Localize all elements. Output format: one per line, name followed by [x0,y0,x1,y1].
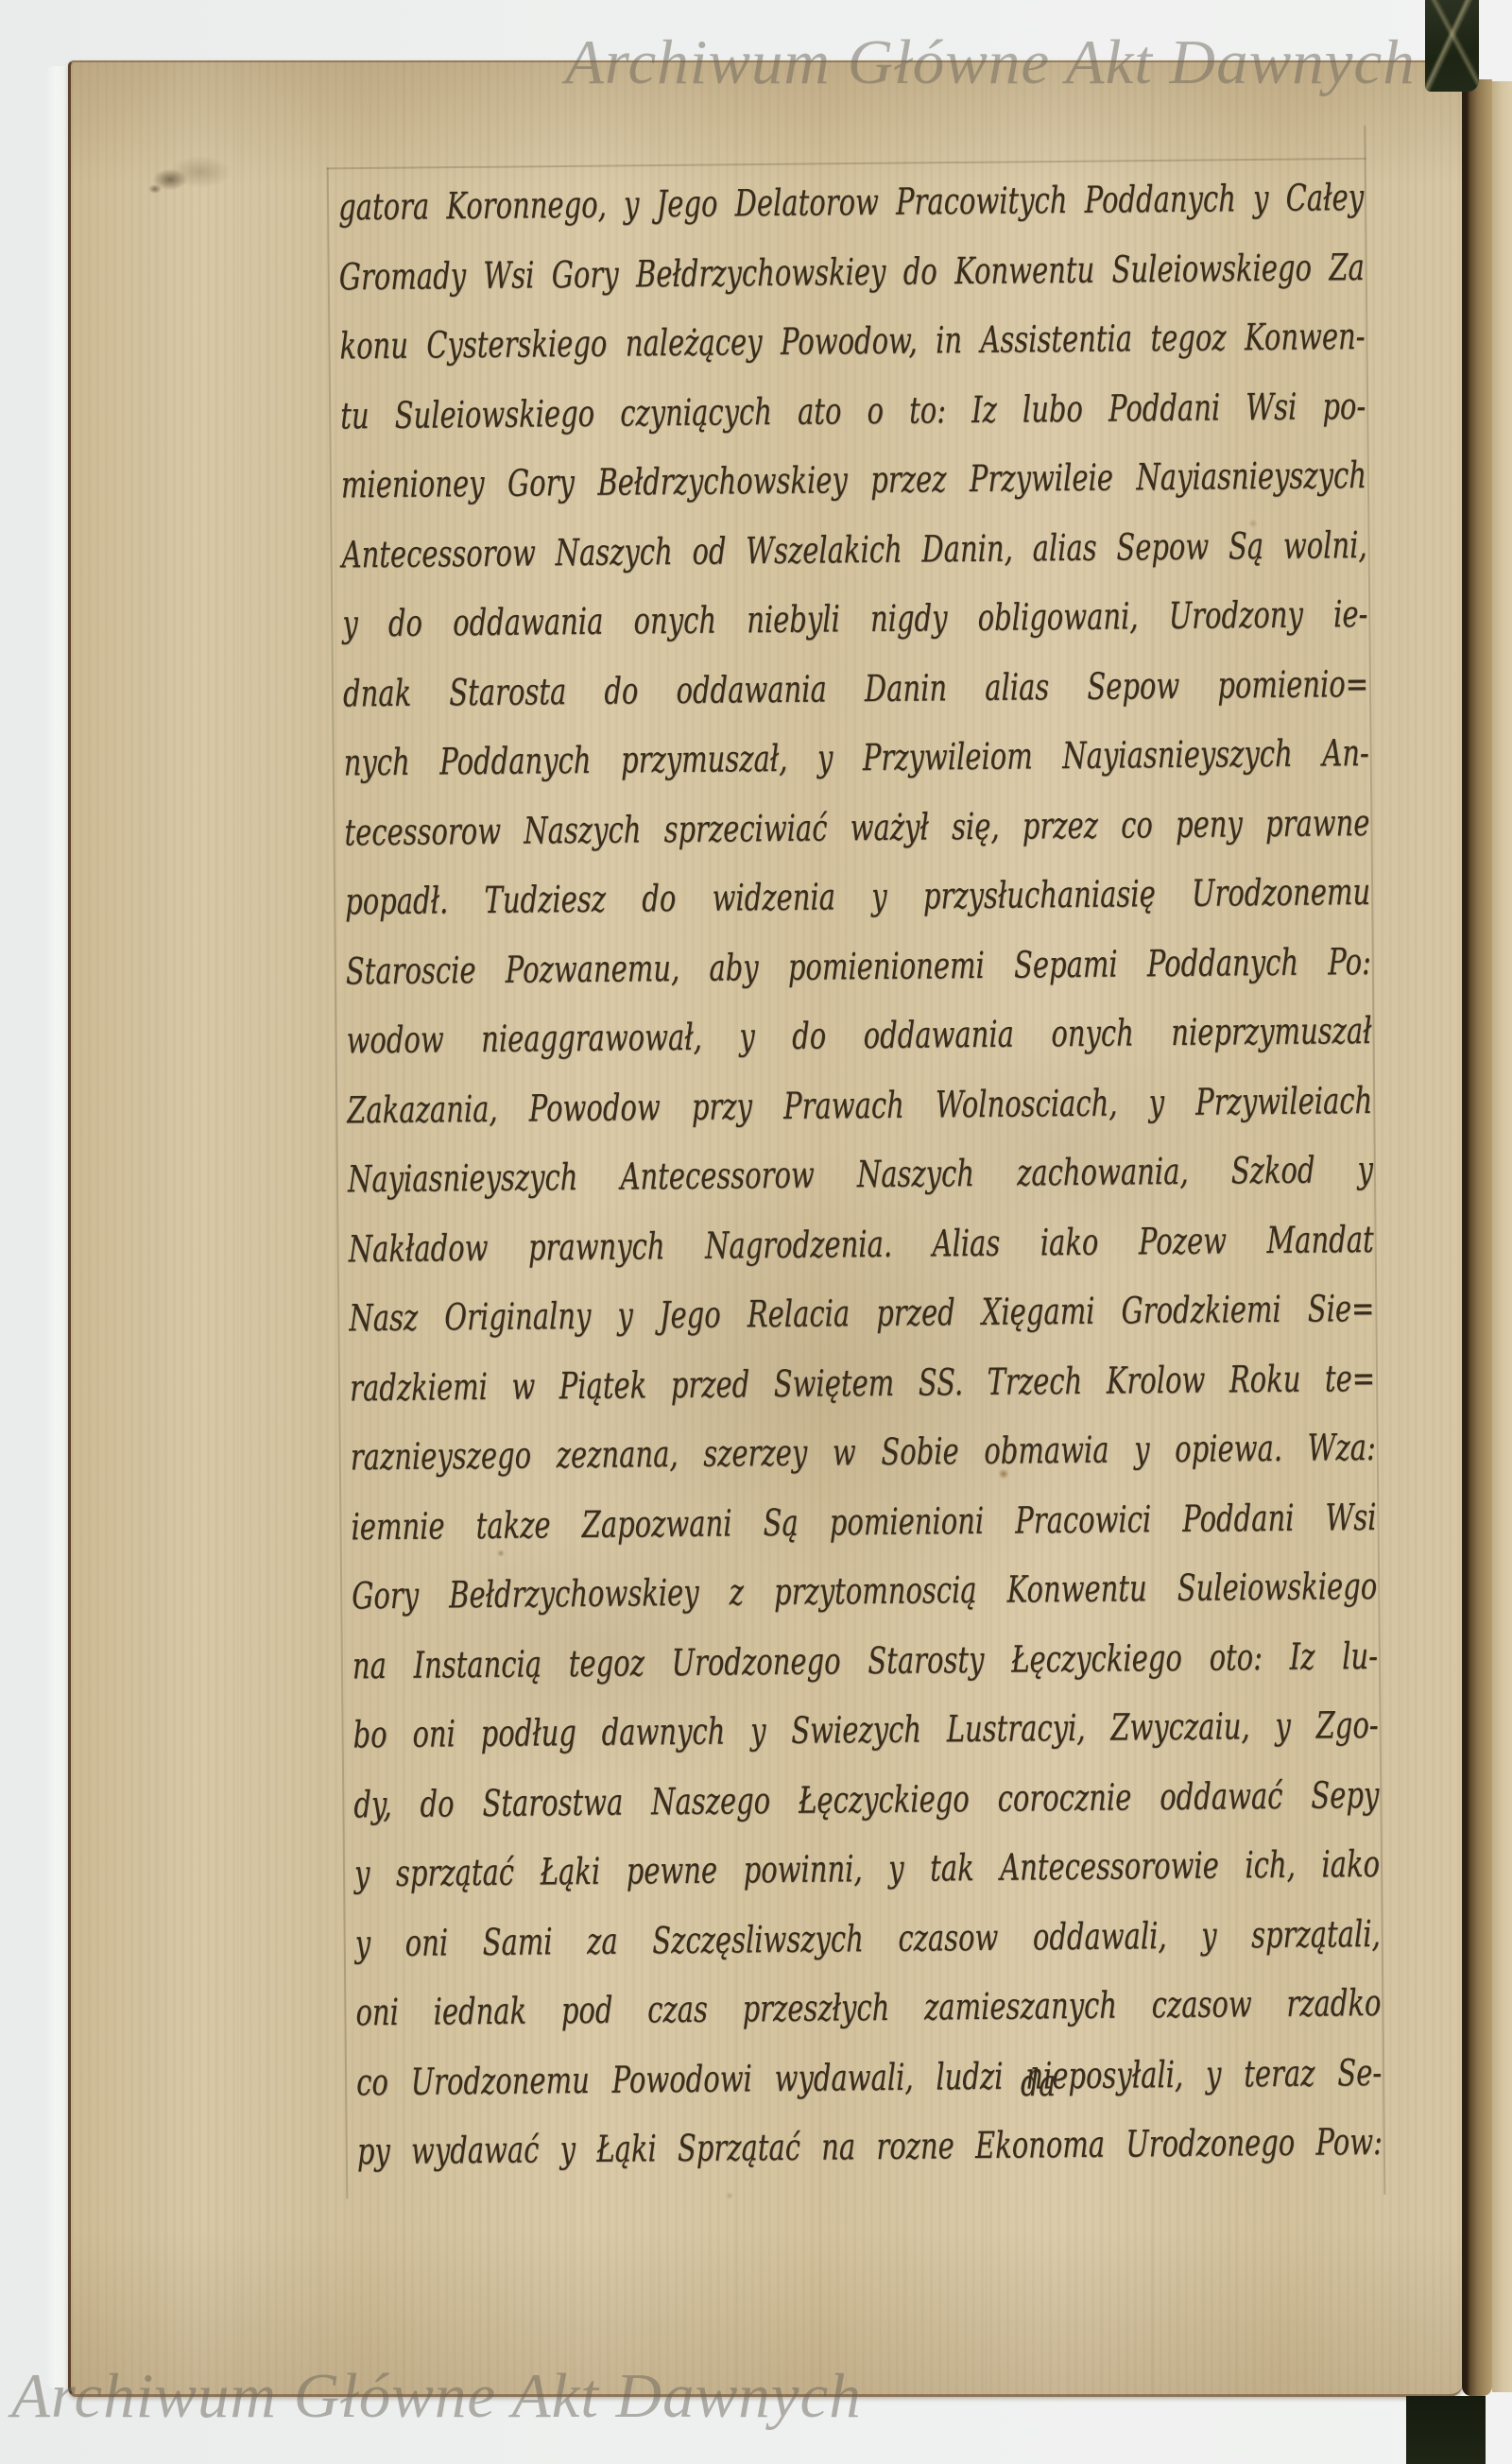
binding-fragment-bottom [1406,2396,1486,2464]
archival-scan: gatora Koronnego, y Jego Delatorow Praco… [0,0,1512,2464]
catchword: da [1021,2062,1056,2106]
manuscript-line: py wydawać y Łąki Sprzątać na rozne Ekon… [356,2096,1383,2199]
adjacent-page-edge [1492,81,1512,2392]
binding-fragment-top [1425,0,1479,92]
paper-deckle-edge [45,66,68,2388]
book-gutter-shadow [1462,79,1492,2396]
manuscript-text-block: gatora Koronnego, y Jego Delatorow Praco… [338,163,1383,2195]
manuscript-page: gatora Koronnego, y Jego Delatorow Praco… [68,60,1463,2397]
